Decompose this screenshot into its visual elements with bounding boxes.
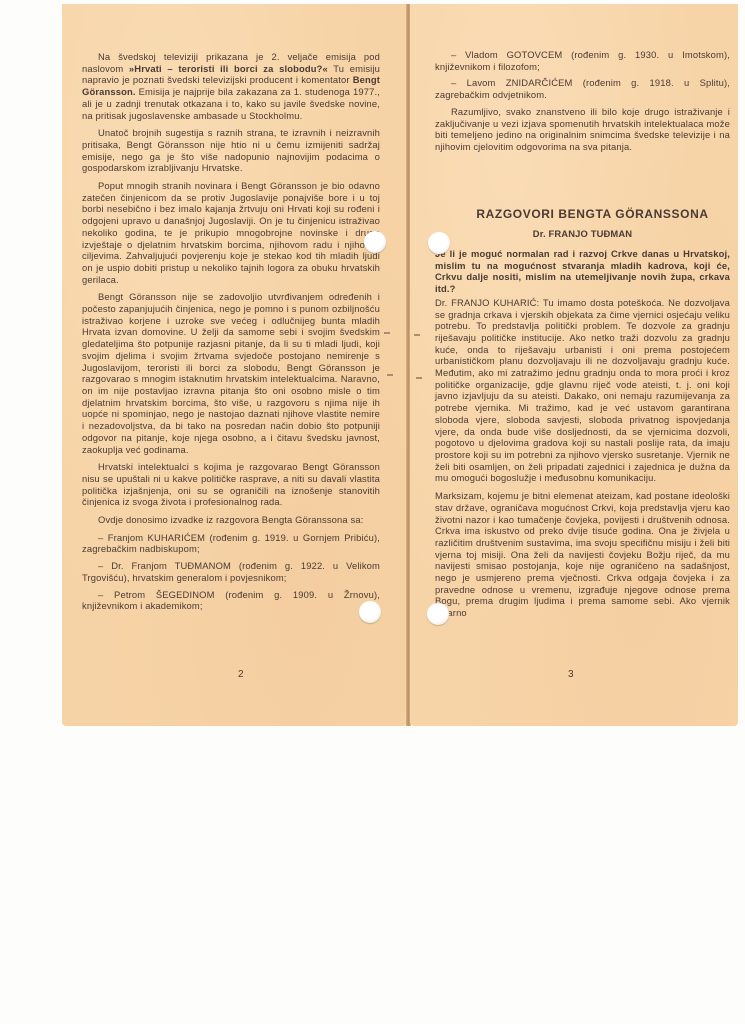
punch-hole-left-top — [364, 231, 386, 253]
punch-hole-left-bottom — [359, 601, 381, 623]
paragraph: Unatoč brojnih sugestija s raznih strana… — [82, 127, 380, 174]
punch-hole-right-top — [428, 232, 450, 254]
interview-answers: Dr. FRANJO KUHARIĆ: Tu imamo dosta poteš… — [435, 297, 730, 619]
page-number-left: 2 — [238, 669, 244, 680]
margin-mark — [414, 334, 420, 336]
left-page: Na švedskoj televiziji prikazana je 2. v… — [62, 4, 407, 726]
paragraph: Poput mnogih stranih novinara i Bengt Gö… — [82, 180, 380, 285]
right-page-text: – Vladom GOTOVCEM (rođenim g. 1930. u Im… — [435, 49, 730, 625]
interview-question: Je li je moguć normalan rad i razvoj Crk… — [435, 248, 730, 295]
interviewee-entry: – Petrom ŠEGEDINOM (rođenim g. 1909. u Ž… — [82, 589, 380, 612]
punch-hole-right-bottom — [427, 603, 449, 625]
paragraph: Razumljivo, svako znanstveno ili bilo ko… — [435, 106, 730, 153]
margin-mark — [384, 332, 390, 334]
interview-answer: Marksizam, kojemu je bitni elemenat atei… — [435, 490, 730, 619]
section-heading: RAZGOVORI BENGTA GÖRANSSONA — [455, 209, 730, 221]
paragraph: Hrvatski intelektualci s kojima je razgo… — [82, 461, 380, 508]
interview-answer: Dr. FRANJO KUHARIĆ: Tu imamo dosta poteš… — [435, 297, 730, 484]
interviewer-name: Dr. FRANJO TUĐMAN — [435, 228, 730, 240]
interviewee-entry: – Dr. Franjom TUĐMANOM (rođenim g. 1922.… — [82, 560, 380, 583]
interviewee-entry: – Franjom KUHARIĆEM (rođenim g. 1919. u … — [82, 532, 380, 555]
left-page-text: Na švedskoj televiziji prikazana je 2. v… — [82, 51, 380, 617]
right-intro: – Vladom GOTOVCEM (rođenim g. 1930. u Im… — [435, 49, 730, 153]
booklet-spread: Na švedskoj televiziji prikazana je 2. v… — [62, 4, 738, 726]
right-page: – Vladom GOTOVCEM (rođenim g. 1930. u Im… — [410, 4, 738, 726]
interviewee-entry: – Vladom GOTOVCEM (rođenim g. 1930. u Im… — [435, 49, 730, 72]
paragraph: Na švedskoj televiziji prikazana je 2. v… — [82, 51, 380, 121]
interviewee-entry: – Lavom ZNIDARČIĆEM (rođenim g. 1918. u … — [435, 77, 730, 100]
page-number-right: 3 — [568, 669, 574, 680]
margin-mark — [387, 374, 393, 376]
paragraph: Ovdje donosimo izvadke iz razgovora Beng… — [82, 514, 380, 526]
margin-mark — [416, 377, 422, 379]
paragraph: Bengt Göransson nije se zadovoljio utvrđ… — [82, 291, 380, 455]
